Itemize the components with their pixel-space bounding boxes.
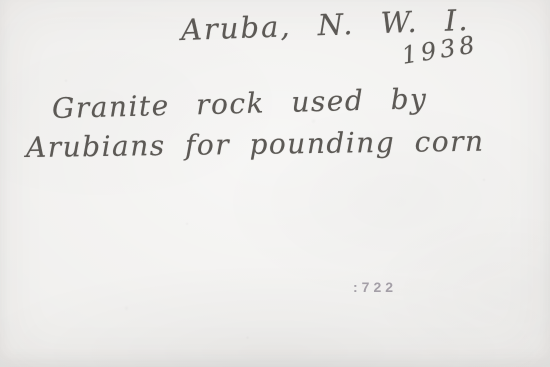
stamp-number: :722 — [353, 279, 397, 295]
caption-line-2: Arubians for pounding corn — [26, 125, 485, 164]
photo-back-card: Aruba, N. W. I. 1938 Granite rock used b… — [0, 0, 550, 367]
caption-line-1: Granite rock used by — [52, 82, 428, 125]
